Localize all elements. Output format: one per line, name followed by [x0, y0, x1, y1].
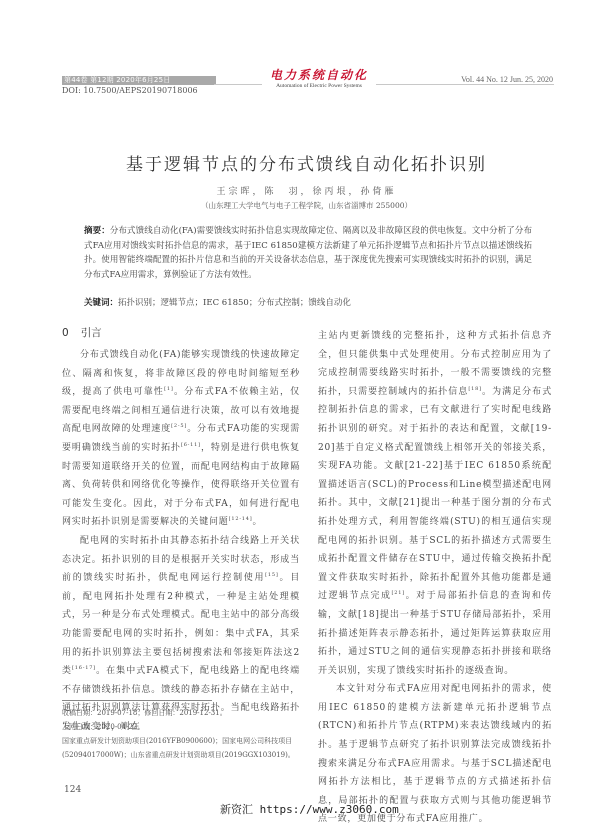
header-rule-right [376, 84, 554, 85]
journal-name-cn: 电力系统自动化 [262, 68, 376, 82]
citation[interactable]: [18] [468, 386, 481, 392]
doi: DOI: 10.7500/AEPS20190718006 [62, 86, 198, 95]
authors: 王宗晖，陈 羽，徐丙垠，孙倚雁 [0, 184, 613, 197]
paragraph: 分布式馈线自动化(FA)能够实现馈线的快速故障定位、隔离和恢复，将非故障区段的停… [62, 346, 300, 532]
journal-name-en: Automation of Electric Power Systems [262, 82, 376, 90]
keywords-text: 拓扑识别；逻辑节点；IEC 61850；分布式控制；馈线自动化 [118, 298, 351, 308]
abstract-text: 分布式馈线自动化(FA)需要馈线实时拓扑信息实现故障定位、隔离以及非故障区段的供… [84, 226, 532, 280]
page-number: 124 [64, 785, 81, 795]
citation[interactable]: [1] [164, 386, 173, 392]
keywords: 关键词：拓扑识别；逻辑节点；IEC 61850；分布式控制；馈线自动化 [84, 296, 532, 308]
abstract: 摘要：分布式馈线自动化(FA)需要馈线实时拓扑信息实现故障定位、隔离以及非故障区… [84, 224, 532, 282]
funding-note: 国家重点研发计划资助项目(2016YFB0900600)；国家电网公司科技项目(… [62, 734, 302, 762]
received-date: 收稿日期：2019-07-18；修回日期：2019-12-31。 [62, 706, 302, 720]
citation[interactable]: [21] [392, 590, 405, 596]
section-number: 0 [62, 327, 69, 339]
affiliation: （山东理工大学电气与电子工程学院，山东省淄博市 255000） [0, 200, 613, 211]
section-heading: 0引言 [62, 325, 102, 340]
volume-info: Vol. 44 No. 12 Jun. 25, 2020 [461, 75, 553, 84]
citation[interactable]: [16-17] [72, 665, 96, 671]
citation[interactable]: [12-14] [229, 516, 253, 522]
keywords-label: 关键词： [84, 298, 118, 308]
citation[interactable]: [15] [265, 572, 278, 578]
section-title: 引言 [81, 327, 102, 339]
left-column: 分布式馈线自动化(FA)能够实现馈线的快速故障定位、隔离和恢复，将非故障区段的停… [62, 346, 300, 736]
footnote-divider [62, 700, 212, 701]
citation[interactable]: [2-5] [171, 423, 187, 429]
footnotes: 收稿日期：2019-07-18；修回日期：2019-12-31。 上网日期：20… [62, 706, 302, 762]
online-date: 上网日期：2020-04-22。 [62, 720, 302, 734]
paragraph: 主站内更新馈线的完整拓扑，这种方式拓扑信息齐全，但只能供集中式处理使用。分布式控… [318, 327, 552, 680]
citation[interactable]: [6-11] [181, 442, 201, 448]
journal-logo: 电力系统自动化 Automation of Electric Power Sys… [262, 68, 376, 90]
issue-badge: 第44卷 第12期 2020年6月25日 [62, 76, 216, 85]
abstract-label: 摘要： [84, 226, 110, 236]
right-column: 主站内更新馈线的完整拓扑，这种方式拓扑信息齐全，但只能供集中式处理使用。分布式控… [318, 327, 552, 825]
header-rule-left [214, 84, 262, 85]
watermark: 新资汇 https://www.z3060.com [220, 801, 399, 817]
paper-title: 基于逻辑节点的分布式馈线自动化拓扑识别 [0, 150, 613, 175]
